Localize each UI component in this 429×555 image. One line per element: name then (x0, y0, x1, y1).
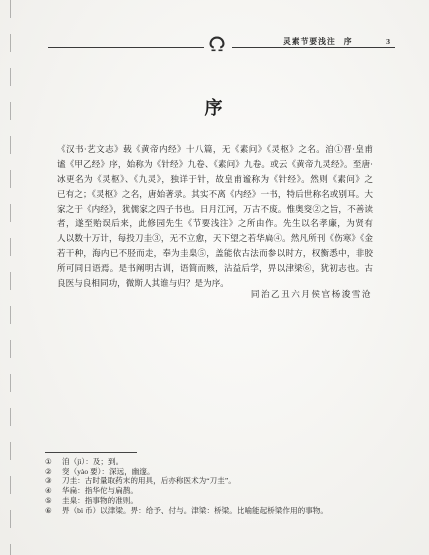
footnote-text: 窔（yào 要）：深远，幽邃。 (62, 467, 389, 477)
footnote-text: 刀圭：古时量取药末的用具，后亦称医术为“刀圭”。 (62, 476, 389, 486)
footnote-text: 畀（bì 币）以津梁。畀：给予、付与。津梁：桥梁。比喻能起桥梁作用的事物。 (62, 506, 389, 516)
header-rule-left (48, 47, 204, 48)
body-line: 所可同日语焉。是书阐明古训，语简而赅，沾益后学，畀以津梁⑥，犹初志也。古所云 (57, 261, 373, 276)
footnote-item: ① 洎（jì）：及；到。 (45, 457, 389, 467)
scan-edge-artifact (10, 0, 11, 555)
footnote-text: 圭臬：指事物的准则。 (62, 496, 389, 506)
footnote-text: 洎（jì）：及；到。 (62, 457, 389, 467)
footnote-marker: ④ (45, 486, 62, 496)
preface-signature: 同治乙丑六月侯官杨浚雪沧 (57, 288, 372, 300)
preface-body: 《汉书·艺文志》载《黄帝内经》十八篇，无《素问》《灵枢》之名。洎①晋·皇甫 谧《… (57, 142, 373, 291)
running-head-section: 序 (344, 36, 353, 47)
footnote-item: ③ 刀圭：古时量取药末的用具，后亦称医术为“刀圭”。 (45, 476, 389, 486)
body-line: 《汉书·艺文志》载《黄帝内经》十八篇，无《素问》《灵枢》之名。洎①晋·皇甫 (57, 142, 373, 157)
body-line: 谧《甲乙经》序，始称为《针经》九卷、《素问》九卷。或云《黄帝九灵经》。至唐·王 (57, 157, 373, 172)
footnote-marker: ③ (45, 476, 62, 486)
footnote-separator (45, 452, 137, 453)
body-line: 人以数十万计，每投刀圭③，无不立愈，天下望之若华扁④。然凡所刊《伤寒》《金匮》 (57, 231, 373, 246)
footnote-text: 华扁：指华佗与扁鹊。 (62, 486, 389, 496)
footnote-item: ⑥ 畀（bì 币）以津梁。畀：给予、付与。津梁：桥梁。比喻能起桥梁作用的事物。 (45, 506, 389, 516)
page-title: 序 (0, 94, 429, 120)
body-line: 若干种，海内已不胫而走，奉为圭臬⑤，盖能依古法而参以时方，权衡悉中，非胶柱者 (57, 246, 373, 261)
footnote-item: ② 窔（yào 要）：深远，幽邃。 (45, 467, 389, 477)
header-rule-right (232, 47, 395, 48)
body-line: 家之于《内经》，犹儒家之四子书也。日月江河，万古不废。惟奥窔②之旨，不善读 (57, 202, 373, 217)
body-line: 已有之；《灵枢》之名，唐始著录。其实不离《内经》一书，特后世称名或别耳。大医 (57, 187, 373, 202)
footnote-item: ④ 华扁：指华佗与扁鹊。 (45, 486, 389, 496)
body-line: 冰更名为《灵枢》、《九灵》，独详于针，故皇甫谧称为《针经》。然则《素问》之名，晋 (57, 172, 373, 187)
footnote-item: ⑤ 圭臬：指事物的准则。 (45, 496, 389, 506)
footnotes: ① 洎（jì）：及；到。 ② 窔（yào 要）：深远，幽邃。 ③ 刀圭：古时量取… (45, 457, 389, 515)
running-head-book-title: 灵素节要浅注 (283, 36, 336, 47)
body-line: 者，遂至贻误后来，此修园先生《节要浅注》之所由作。先生以名孝廉，为贤有司，活 (57, 216, 373, 231)
footnote-marker: ⑤ (45, 496, 62, 506)
running-head: 灵素节要浅注 序 3 (283, 36, 395, 47)
running-head-page-number: 3 (386, 37, 391, 46)
footnote-marker: ① (45, 457, 62, 467)
footnote-marker: ② (45, 467, 62, 477)
header-emblem-icon (205, 35, 229, 52)
book-page: 灵素节要浅注 序 3 序 《汉书·艺文志》载《黄帝内经》十八篇，无《素问》《灵枢… (0, 0, 429, 555)
footnote-marker: ⑥ (45, 506, 62, 516)
